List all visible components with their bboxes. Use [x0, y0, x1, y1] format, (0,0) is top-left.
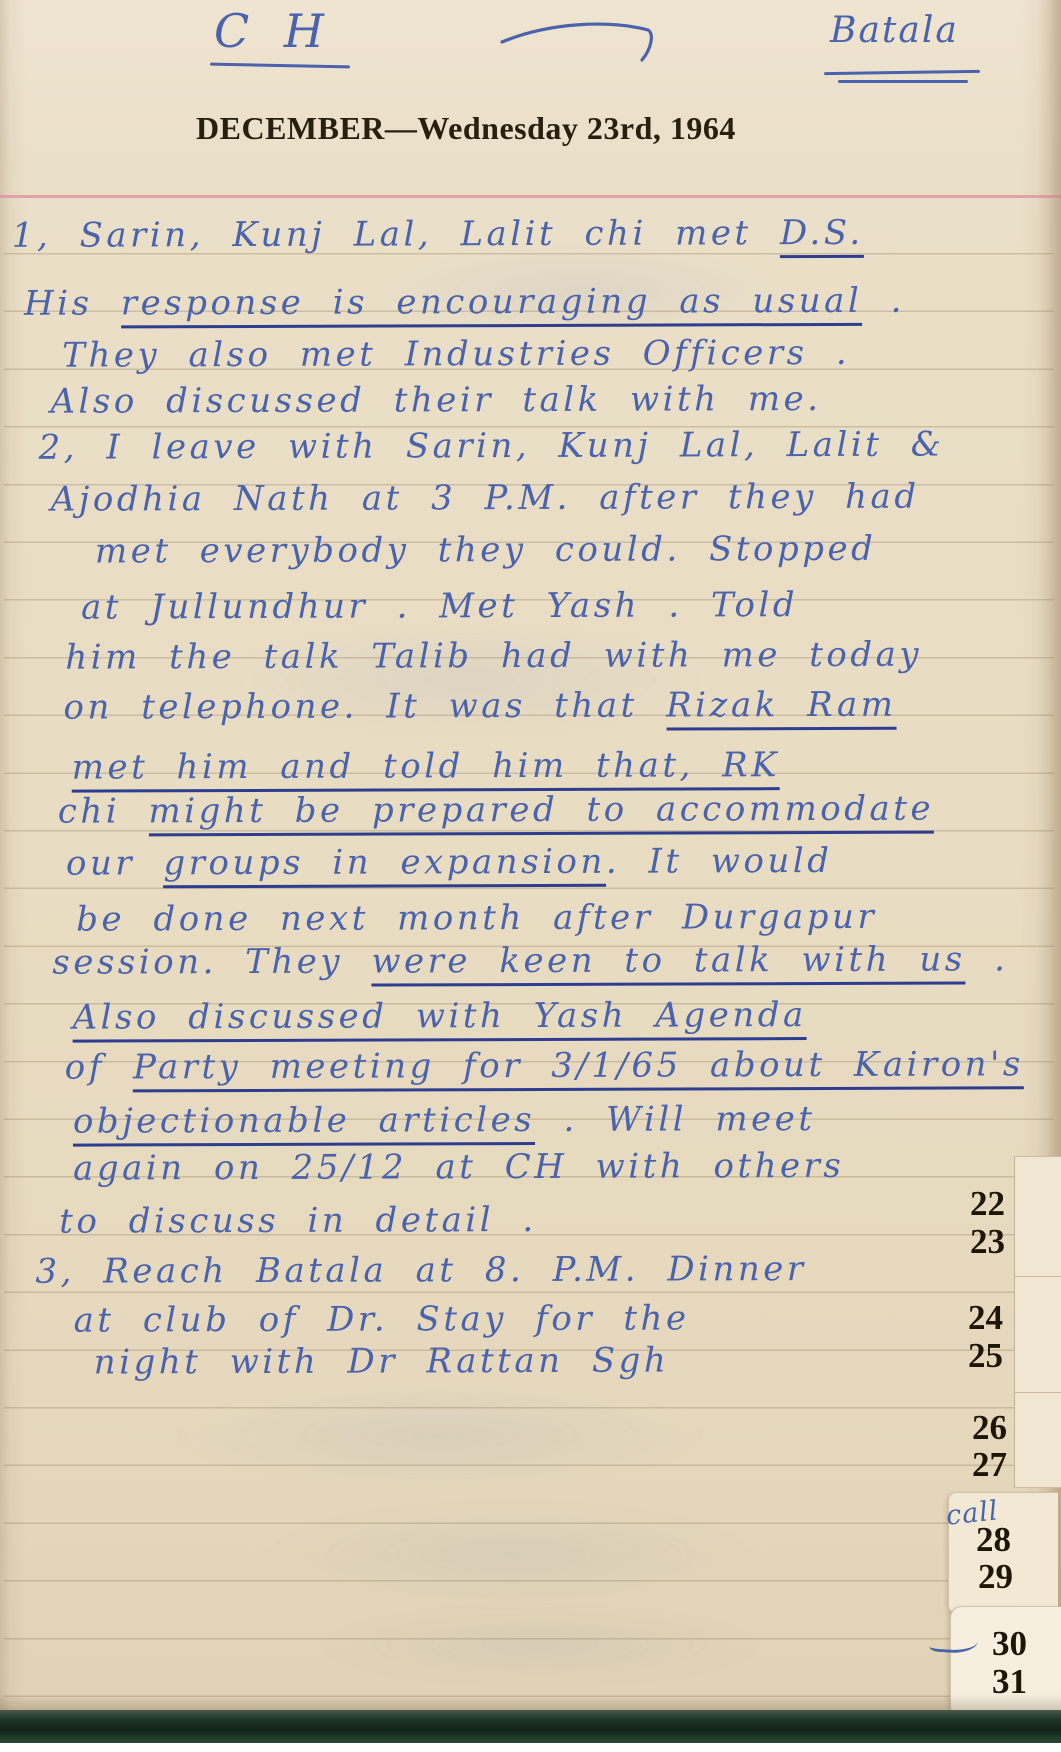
- handwriting-underlined: Also discussed with Yash Agenda: [72, 995, 806, 1043]
- diary-line: to discuss in detail .: [59, 1200, 537, 1242]
- diary-line: on telephone. It was that Rizak Ram: [63, 685, 896, 728]
- date-tab-27: 27: [972, 1447, 1007, 1482]
- handwriting: him the talk Talib had with me today: [65, 635, 922, 678]
- handwriting-underlined: were keen to talk with us: [371, 939, 965, 986]
- diary-line: at Jullundhur . Met Yash . Told: [81, 585, 798, 628]
- diary-body: 1, Sarin, Kunj Lal, Lalit chi met D.S. H…: [0, 0, 1061, 1716]
- diary-line: Also discussed their talk with me.: [50, 379, 821, 422]
- diary-line: met everybody they could. Stopped: [95, 529, 877, 572]
- diary-line: again on 25/12 at CH with others: [73, 1146, 844, 1189]
- handwriting: Ajodhia Nath at 3 P.M. after they had: [51, 477, 920, 520]
- diary-line: him the talk Talib had with me today: [65, 635, 922, 678]
- handwriting: chi: [58, 791, 149, 831]
- handwriting: of: [65, 1047, 134, 1087]
- diary-line: night with Dr Rattan Sgh: [94, 1341, 670, 1383]
- diary-line: Ajodhia Nath at 3 P.M. after they had: [51, 477, 920, 520]
- tab-cut: [1015, 1392, 1061, 1393]
- tab-ink-note: call: [945, 1495, 1000, 1531]
- handwriting-underlined: objectionable articles: [73, 1100, 535, 1147]
- handwriting: .: [966, 939, 1009, 979]
- date-tab-22: 22: [970, 1186, 1005, 1221]
- handwriting-underlined: met him and told him that, RK: [72, 745, 781, 792]
- date-tab-strip: [1014, 1156, 1061, 1488]
- handwriting: to discuss in detail .: [59, 1200, 537, 1242]
- diary-line: chi might be prepared to accommodate: [58, 789, 934, 832]
- date-tab-29: 29: [978, 1559, 1013, 1594]
- handwriting: 3,: [35, 1251, 103, 1291]
- handwriting-underlined: Party meeting for 3/1/65 about Kairon's: [133, 1044, 1024, 1092]
- handwriting: His: [24, 283, 121, 323]
- handwriting: be done next month after Durgapur: [76, 897, 877, 940]
- handwriting: our: [66, 843, 164, 883]
- handwriting: . Will meet: [535, 1099, 815, 1140]
- date-tab-24: 24: [968, 1300, 1003, 1335]
- handwriting: .: [862, 281, 905, 321]
- diary-line: 2, I leave with Sarin, Kunj Lal, Lalit &: [38, 425, 944, 468]
- date-tab-23: 23: [970, 1224, 1005, 1259]
- handwriting: 2,: [38, 427, 106, 467]
- handwriting: night with Dr Rattan Sgh: [94, 1341, 670, 1383]
- date-tab-25: 25: [968, 1338, 1003, 1373]
- diary-line: session. They were keen to talk with us …: [52, 939, 1008, 982]
- handwriting: Reach Batala at 8. P.M. Dinner: [103, 1249, 807, 1291]
- diary-cover-edge: [0, 1710, 1061, 1743]
- handwriting: on telephone. It was that: [63, 686, 666, 728]
- diary-line: of Party meeting for 3/1/65 about Kairon…: [65, 1044, 1024, 1087]
- tab-cut: [1015, 1276, 1061, 1277]
- handwriting: I leave with Sarin, Kunj Lal, Lalit &: [106, 425, 944, 468]
- handwriting: session. They: [52, 942, 371, 983]
- handwriting: 1,: [12, 216, 80, 256]
- handwriting-underlined: might be prepared to accommodate: [148, 789, 934, 837]
- diary-line: Also discussed with Yash Agenda: [72, 995, 806, 1038]
- handwriting-underlined: response is encouraging as usual: [121, 281, 863, 329]
- diary-page-scan: C H Batala DECEMBER—Wednesday 23rd, 1964…: [0, 0, 1061, 1752]
- handwriting: . It would: [606, 841, 833, 882]
- handwriting: at club of Dr. Stay for the: [74, 1298, 690, 1340]
- diary-line: They also met Industries Officers .: [62, 333, 850, 376]
- handwriting: Also discussed their talk with me.: [50, 379, 821, 422]
- handwriting: met everybody they could. Stopped: [95, 529, 877, 572]
- diary-line: at club of Dr. Stay for the: [74, 1298, 690, 1340]
- diary-line: His response is encouraging as usual .: [24, 281, 905, 324]
- date-tab-30: 30: [992, 1626, 1027, 1661]
- date-tab-26: 26: [972, 1410, 1007, 1445]
- handwriting: Sarin, Kunj Lal, Lalit chi met: [80, 213, 780, 255]
- handwriting-underlined: Rizak Ram: [666, 685, 897, 731]
- handwriting: again on 25/12 at CH with others: [73, 1146, 844, 1189]
- diary-line: our groups in expansion. It would: [66, 841, 833, 884]
- diary-line: be done next month after Durgapur: [76, 897, 877, 940]
- diary-line: 1, Sarin, Kunj Lal, Lalit chi met D.S.: [12, 213, 864, 256]
- handwriting: at Jullundhur . Met Yash . Told: [81, 585, 798, 628]
- handwriting-underlined: D.S.: [780, 213, 864, 258]
- diary-line: met him and told him that, RK: [72, 745, 781, 787]
- handwriting: They also met Industries Officers .: [62, 333, 850, 376]
- handwriting-underlined: groups in expansion: [163, 842, 606, 889]
- diary-line: objectionable articles . Will meet: [73, 1099, 816, 1142]
- paper-bottom-shadow: [0, 1694, 1061, 1710]
- diary-line: 3, Reach Batala at 8. P.M. Dinner: [35, 1249, 806, 1292]
